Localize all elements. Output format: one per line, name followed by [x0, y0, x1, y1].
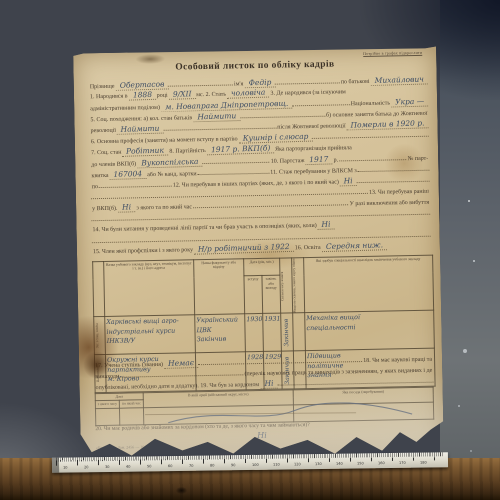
handwritten-entry: Федір	[244, 77, 275, 88]
education-cell: Український ЦВК Закінчив	[195, 314, 246, 353]
printed-label: 7. Соц. стан	[90, 149, 123, 156]
dotted-rule	[193, 197, 349, 208]
printed-label: році	[156, 93, 169, 99]
handwritten-entry: Вукопспілська	[137, 156, 202, 168]
handwritten-entry: Немає	[164, 358, 198, 369]
handwritten-entry: 9/ХІІ	[168, 89, 195, 100]
handwritten-entry: Наймити	[193, 111, 240, 122]
dotted-rule	[357, 174, 430, 183]
handwritten-entry: Робітник	[122, 145, 168, 156]
edu-col-dates: Дата (рік, міс.)	[244, 258, 280, 276]
education-cell: 1930	[245, 314, 264, 352]
printed-label: 13. Чи перебував раніш	[368, 189, 430, 196]
printed-label: 17. Учена ступінь (звання)	[94, 362, 164, 369]
ruler-number: 60	[168, 464, 173, 468]
handwritten-entry: Середня ниж.	[321, 241, 386, 253]
ruler-number: 10	[63, 466, 68, 470]
printed-label: з якого та по який час	[135, 204, 193, 211]
handwritten-entry: чоловіча	[227, 88, 270, 99]
handwritten-entry: Укра —	[391, 97, 428, 108]
ruler-number: 140	[336, 462, 343, 466]
edu-col-enter: вступу	[244, 276, 263, 314]
printed-label: до членів ВКП(б)	[90, 161, 137, 168]
education-cell	[293, 313, 306, 351]
education-cell: Механіка вищої спеціальності	[305, 311, 435, 351]
handwritten-entry: Михайлович	[370, 74, 427, 86]
photo-of-document: 1020304050607080901001101201301401501601…	[0, 0, 500, 500]
printed-label: ім'я	[233, 81, 244, 87]
ruler-number: 150	[357, 461, 364, 465]
printed-label: Яка парторганізація прийняла	[274, 145, 353, 153]
printed-label: після Жовтневої революції	[276, 124, 347, 131]
handwritten-entry: Ні	[340, 176, 357, 186]
ruler-number: 30	[105, 465, 110, 469]
ruler-end-cap	[52, 458, 59, 473]
dotted-rule	[120, 367, 243, 377]
education-cell: Харківські вищі агро- індустріальні курс…	[105, 315, 196, 355]
dotted-rule	[292, 97, 350, 106]
handwritten-entry: 167004	[109, 169, 146, 180]
printed-label: по	[91, 184, 99, 190]
handwritten-entry: Обертасов	[115, 79, 168, 91]
ruler-number: 40	[126, 465, 131, 469]
dotted-rule	[358, 162, 430, 171]
printed-label: адміністративним поділом)	[89, 105, 161, 112]
ruler-number: 130	[315, 462, 322, 466]
printed-label: або № канд. картки	[146, 171, 197, 178]
education-cell: Заг. і спец. освіта	[94, 317, 106, 355]
printed-label: Прізвище	[89, 84, 116, 91]
printed-label: № парт-	[407, 155, 430, 161]
education-cell: 1931	[263, 313, 282, 351]
edu-col-finished: Скільки часу вчився	[280, 258, 293, 314]
printed-label: мс. 2. Стать	[195, 92, 227, 99]
dotted-rule	[275, 75, 340, 84]
edu-col-left-course: Якщо не скінчив, з якого курсу пішов	[292, 258, 305, 314]
printed-label: революції	[90, 128, 118, 135]
edu-col-leave: закінч. або виходу	[262, 275, 281, 313]
dotted-rule	[168, 77, 233, 86]
ruler-number: 170	[399, 461, 406, 465]
ruler-number: 100	[252, 463, 259, 467]
printed-label: у ВКП(б).	[91, 206, 119, 213]
handwritten-entry: Ні	[318, 220, 335, 230]
form-lines-top: ПрізвищеОбертасовім'яФедірпо батьковіМих…	[89, 74, 431, 258]
handwritten-entry: Ні	[118, 202, 135, 212]
dotted-rule	[339, 152, 407, 161]
corner-note: Потрібне в графах підкреслити	[363, 50, 422, 57]
dotted-rule	[99, 178, 172, 187]
printed-label: 10. Партстаж	[270, 158, 306, 165]
wood-knot	[176, 487, 187, 494]
ruler-number: 50	[147, 464, 152, 468]
printed-label: 18. Чи має наукові праці та	[362, 357, 433, 364]
dotted-rule	[198, 354, 363, 365]
ruler-number: 80	[210, 463, 215, 467]
printed-label: 3. Де народився (за існуючим	[269, 89, 346, 96]
handwritten-entry: Н/р робітничий з 1922	[194, 242, 294, 255]
handwritten-entry: 1917	[305, 154, 332, 165]
paper-bottom-fade	[79, 373, 443, 458]
dotted-rule	[164, 121, 277, 131]
ruler-number: 70	[189, 464, 194, 468]
personnel-form-paper: Потрібне в графах підкреслити Особовий л…	[73, 47, 444, 459]
printed-label: 1. Народився в	[89, 94, 129, 101]
education-table-row: Заг. і спец. освітаХарківські вищі агро-…	[94, 311, 435, 356]
printed-label: 15. Член якої профспілки і з якого року	[92, 248, 194, 256]
dotted-rule	[202, 154, 270, 163]
ruler-number: 120	[294, 462, 301, 466]
ruler-number: 20	[84, 465, 89, 469]
ruler-number: 90	[231, 463, 236, 467]
printed-label: 8. Партійність	[168, 148, 206, 155]
vertical-margin-note: Заповнення всіх граф обов'язкове	[63, 223, 72, 384]
ruler-numbers: 1020304050607080901001101201301401501601…	[52, 452, 448, 458]
dotted-rule	[197, 166, 269, 175]
ruler-number: 180	[420, 461, 427, 465]
printed-label: Національність	[350, 101, 392, 108]
edu-col-specialty: Які здобув спеціальності внаслідок закін…	[304, 255, 434, 313]
ruler-number: 160	[378, 461, 385, 465]
handwritten-entry: Наймити	[117, 124, 164, 135]
printed-label: квитка	[90, 173, 109, 179]
printed-label: 16. Освіта	[294, 245, 322, 252]
edu-col-school: Назва учбового закладу (вуз, втуз, техні…	[104, 260, 195, 317]
handwritten-entry: 1888	[128, 90, 155, 101]
edu-col-faculty: Назва факультету або відділу	[194, 259, 245, 315]
dotted-rule	[312, 129, 429, 139]
dotted-rule	[240, 109, 325, 119]
handwritten-entry: 1917 р. ВКП(б)	[207, 143, 275, 155]
education-cell: Закінчив	[281, 313, 294, 351]
ruler-number: 110	[273, 463, 280, 467]
printed-label: по батькові	[340, 79, 371, 86]
background-specks	[468, 200, 470, 202]
